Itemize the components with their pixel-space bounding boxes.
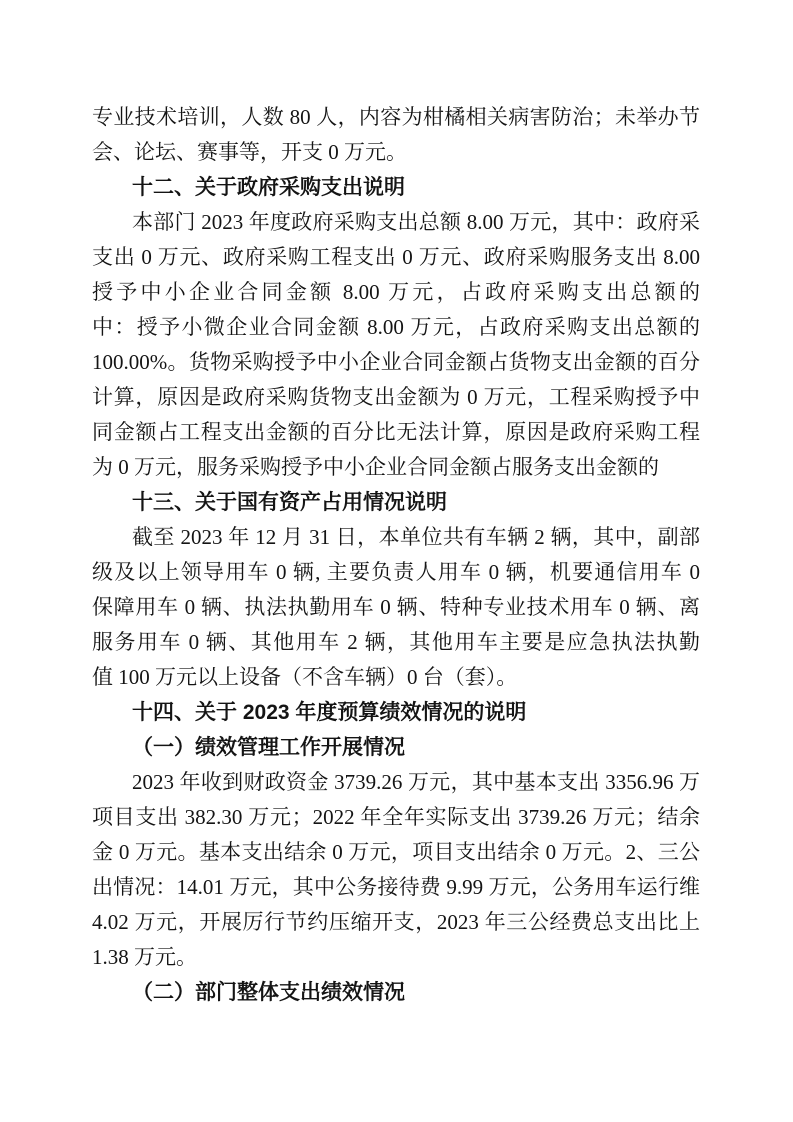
sub-heading: （一）绩效管理工作开展情况: [92, 730, 700, 765]
document-page: 专业技术培训，人数 80 人，内容为柑橘相关病害防治；未举办节庆、晚会、论坛、赛…: [0, 0, 793, 1122]
text-line: 专业技术培训，人数 80 人，内容为柑橘相关病害防治；未举办节庆、晚: [92, 100, 700, 135]
text-line: 金 0 万元。基本支出结余 0 万元，项目支出结余 0 万元。2、三公经费支: [92, 835, 700, 870]
text-line: 保障用车 0 辆、执法执勤用车 0 辆、特种专业技术用车 0 辆、离退休干部: [92, 590, 700, 625]
sub-heading: （二）部门整体支出绩效情况: [92, 975, 700, 1010]
section-heading: 十四、关于 2023 年度预算绩效情况的说明: [92, 695, 700, 730]
text-line: 4.02 万元，开展厉行节约压缩开支，2023 年三公经费总支出比上年减少: [92, 905, 700, 940]
text-line: 会、论坛、赛事等，开支 0 万元。: [92, 135, 700, 170]
text-line: 同金额占工程支出金额的百分比无法计算，原因是政府采购工程支出金额: [92, 415, 700, 450]
text-line: 服务用车 0 辆、其他用车 2 辆，其他用车主要是应急执法执勤车；单位价: [92, 625, 700, 660]
text-line: 中：授予小微企业合同金额 8.00 万元，占政府采购支出总额的: [92, 310, 700, 345]
text-line: 为 0 万元，服务采购授予中小企业合同金额占服务支出金额的 100%。: [92, 450, 700, 485]
text-line: 2023 年收到财政资金 3739.26 万元，其中基本支出 3356.96 万…: [92, 765, 700, 800]
text-line: 截至 2023 年 12 月 31 日，本单位共有车辆 2 辆，其中，副部（省）: [92, 520, 700, 555]
section-heading: 十三、关于国有资产占用情况说明: [92, 485, 700, 520]
text-line: 本部门 2023 年度政府采购支出总额 8.00 万元，其中：政府采购货物: [92, 205, 700, 240]
section-heading: 十二、关于政府采购支出说明: [92, 170, 700, 205]
text-line: 值 100 万元以上设备（不含车辆）0 台（套）。: [92, 660, 700, 695]
text-line: 1.38 万元。: [92, 940, 700, 975]
text-line: 项目支出 382.30 万元；2022 年全年实际支出 3739.26 万元；结…: [92, 800, 700, 835]
document-content: 专业技术培训，人数 80 人，内容为柑橘相关病害防治；未举办节庆、晚会、论坛、赛…: [92, 100, 700, 1010]
text-line: 100.00%。货物采购授予中小企业合同金额占货物支出金额的百分比无法: [92, 345, 700, 380]
text-line: 授予中小企业合同金额 8.00 万元，占政府采购支出总额的 100.00%，其: [92, 275, 700, 310]
text-line: 支出 0 万元、政府采购工程支出 0 万元、政府采购服务支出 8.00 万元。: [92, 240, 700, 275]
text-line: 级及以上领导用车 0 辆, 主要负责人用车 0 辆，机要通信用车 0 辆、应急: [92, 555, 700, 590]
text-line: 出情况：14.01 万元，其中公务接待费 9.99 万元，公务用车运行维护费: [92, 870, 700, 905]
text-line: 计算，原因是政府采购货物支出金额为 0 万元，工程采购授予中小企业合: [92, 380, 700, 415]
